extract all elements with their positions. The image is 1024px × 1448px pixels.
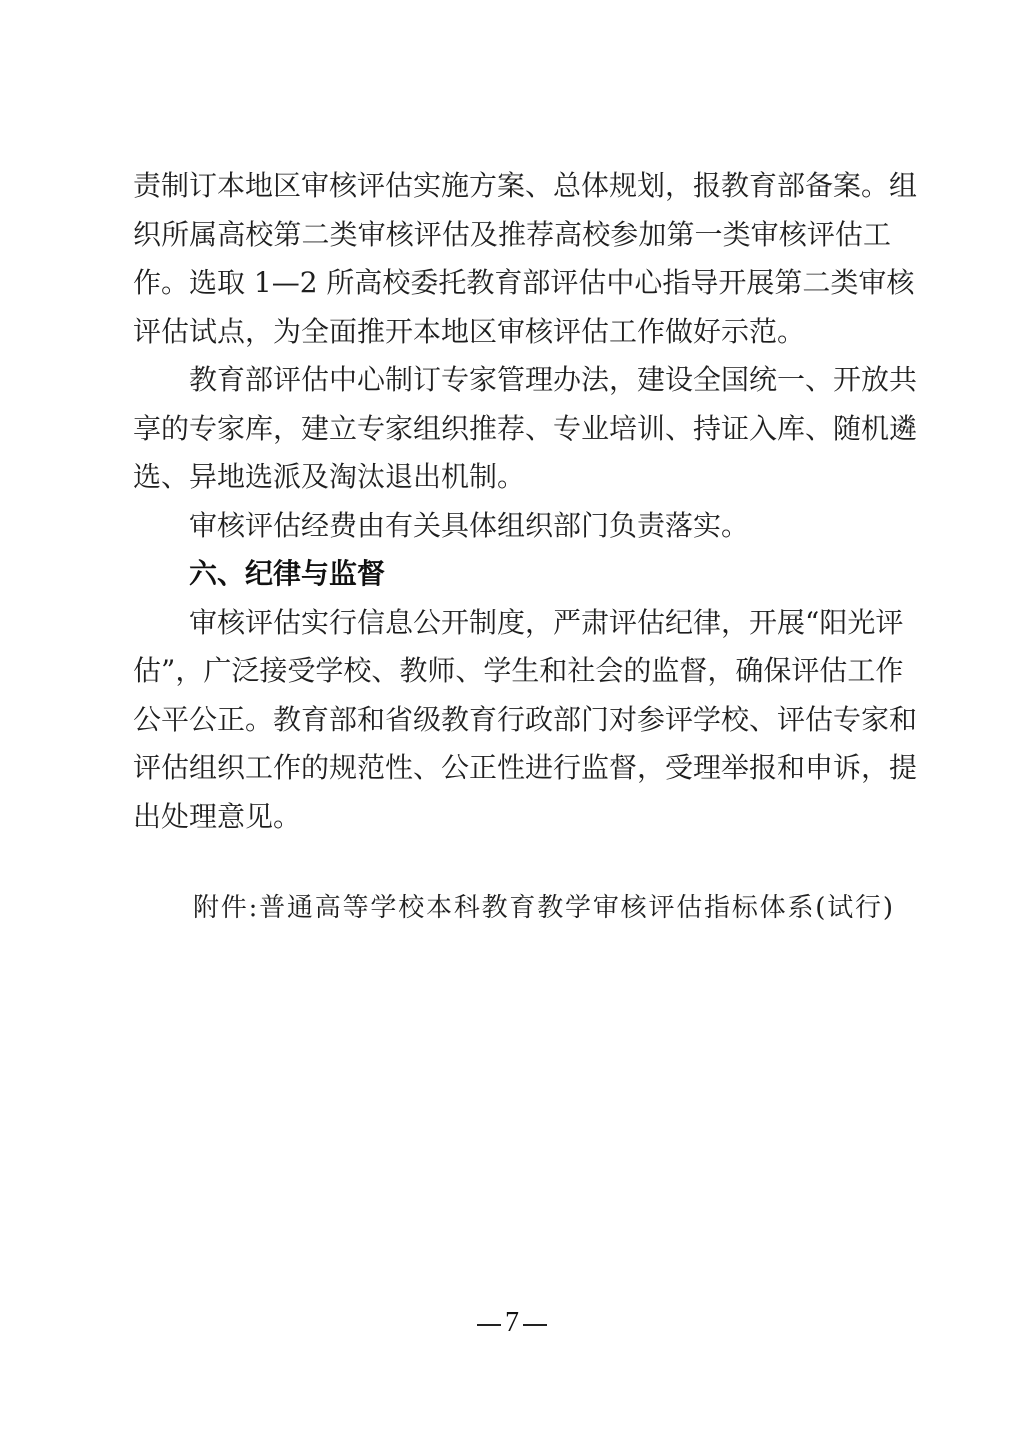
section-heading: 六、纪律与监督 [133,550,891,599]
paragraph-line: 责制订本地区审核评估实施方案、总体规划，报教育部备案。组 [133,162,891,211]
page-number: 7 [0,1303,1024,1343]
document-body: 责制订本地区审核评估实施方案、总体规划，报教育部备案。组 织所属高校第二类审核评… [133,162,891,841]
paragraph-line: 估”，广泛接受学校、教师、学生和社会的监督，确保评估工作 [133,647,891,696]
paragraph-line: 出处理意见。 [133,793,891,842]
dash-right [523,1324,547,1326]
paragraph-line: 织所属高校第二类审核评估及推荐高校参加第一类审核评估工 [133,211,891,260]
page-number-value: 7 [505,1307,519,1338]
dash-left [477,1324,501,1326]
paragraph-line: 选、异地选派及淘汰退出机制。 [133,453,891,502]
paragraph-line: 教育部评估中心制订专家管理办法，建设全国统一、开放共 [133,356,891,405]
attachment-note: 附件:普通高等学校本科教育教学审核评估指标体系(试行) [193,884,893,932]
paragraph-line: 评估组织工作的规范性、公正性进行监督，受理举报和申诉，提 [133,744,891,793]
paragraph-line: 审核评估实行信息公开制度，严肃评估纪律，开展“阳光评 [133,599,891,648]
paragraph-line: 公平公正。教育部和省级教育行政部门对参评学校、评估专家和 [133,696,891,745]
document-page: 责制订本地区审核评估实施方案、总体规划，报教育部备案。组 织所属高校第二类审核评… [0,0,1024,1448]
paragraph-line: 作。选取 1—2 所高校委托教育部评估中心指导开展第二类审核 [133,259,891,308]
paragraph-line: 享的专家库，建立专家组织推荐、专业培训、持证入库、随机遴 [133,405,891,454]
paragraph-line: 评估试点，为全面推开本地区审核评估工作做好示范。 [133,308,891,357]
paragraph-line: 审核评估经费由有关具体组织部门负责落实。 [133,502,891,551]
